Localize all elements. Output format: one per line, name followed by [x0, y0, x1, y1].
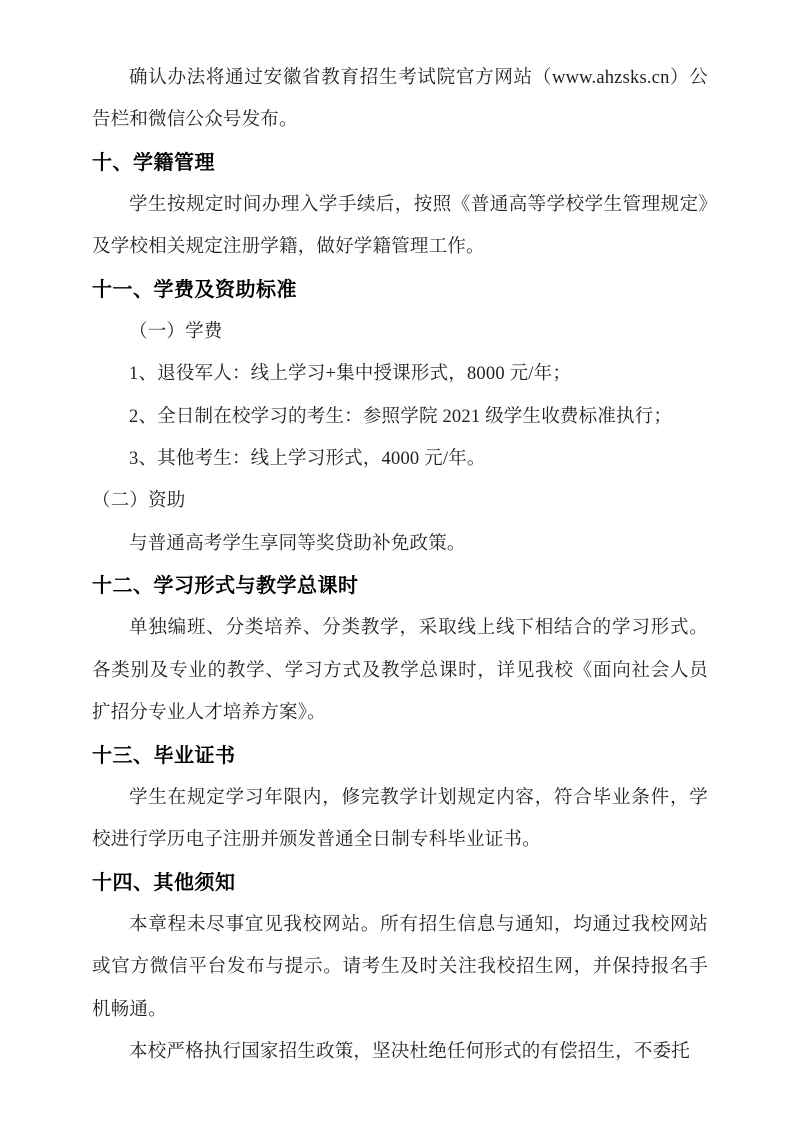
body-paragraph: 2、全日制在校学习的考生：参照学院 2021 级学生收费标准执行；	[92, 396, 708, 438]
body-paragraph: 学生按规定时间办理入学手续后，按照《普通高等学校学生管理规定》及学校相关规定注册…	[92, 184, 708, 269]
document-page: 确认办法将通过安徽省教育招生考试院官方网站（www.ahzsks.cn）公告栏和…	[0, 0, 793, 1122]
body-paragraph: （一）学费	[92, 311, 708, 353]
section-heading: 十一、学费及资助标准	[92, 269, 708, 311]
body-paragraph: 学生在规定学习年限内，修完教学计划规定内容，符合毕业条件，学校进行学历电子注册并…	[92, 777, 708, 862]
section-heading: 十、学籍管理	[92, 142, 708, 184]
body-paragraph: 本校严格执行国家招生政策，坚决杜绝任何形式的有偿招生，不委托	[92, 1031, 708, 1073]
body-paragraph: 与普通高考学生享同等奖贷助补免政策。	[92, 523, 708, 565]
body-paragraph: 确认办法将通过安徽省教育招生考试院官方网站（www.ahzsks.cn）公告栏和…	[92, 57, 708, 142]
body-paragraph: 3、其他考生：线上学习形式，4000 元/年。	[92, 438, 708, 480]
body-paragraph: 单独编班、分类培养、分类教学，采取线上线下相结合的学习形式。各类别及专业的教学、…	[92, 607, 708, 734]
body-paragraph: 本章程未尽事宜见我校网站。所有招生信息与通知，均通过我校网站或官方微信平台发布与…	[92, 904, 708, 1031]
body-paragraph: 1、退役军人：线上学习+集中授课形式，8000 元/年；	[92, 353, 708, 395]
section-heading: 十二、学习形式与教学总课时	[92, 565, 708, 607]
body-paragraph: （二）资助	[92, 480, 708, 522]
document-body: 确认办法将通过安徽省教育招生考试院官方网站（www.ahzsks.cn）公告栏和…	[92, 57, 708, 1073]
section-heading: 十四、其他须知	[92, 862, 708, 904]
section-heading: 十三、毕业证书	[92, 735, 708, 777]
